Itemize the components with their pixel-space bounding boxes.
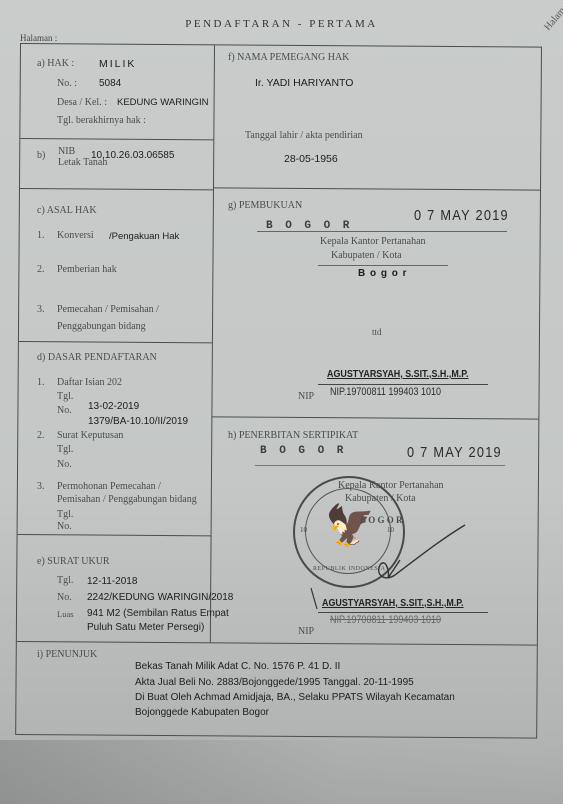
daftar-isian-tgl-value: 13-02-2019 [88,401,139,412]
penunjuk-line-1: Bekas Tanah Milik Adat C. No. 1576 P. 41… [135,661,340,672]
penunjuk-line-3: Di Buat Oleh Achmad Amidjaja, BA., Selak… [135,692,455,703]
section-g-label: g) PEMBUKUAN [228,200,302,211]
tanggal-lahir-label: Tanggal lahir / akta pendirian [245,130,363,141]
penerbitan-place-stamp: B O G O R [260,445,346,457]
asal-hak-item-3b: Penggabungan bidang [57,321,146,332]
tanggal-lahir-value: 28-05-1956 [284,153,338,165]
penerbitan-underline [255,465,505,466]
asal-hak-item-1: Konversi [57,230,94,241]
asal-hak-item-1-num: 1. [37,230,45,241]
daftar-isian-no-value: 1379/BA-10.10/II/2019 [88,416,188,427]
no-value: 5084 [99,78,121,89]
dasar-item-2-num: 2. [37,430,45,441]
desa-value: KEDUNG WARINGIN [117,97,208,108]
surat-keputusan-tgl-label: Tgl. [57,444,73,455]
paper-shadow [0,740,563,804]
halaman-label: Halaman : [20,33,57,43]
holder-name: Ir. YADI HARIYANTO [255,77,353,89]
penerbitan-nip: NIP.19700811 199403 1010 [330,614,441,626]
section-e-label: e) SURAT UKUR [37,556,110,567]
dasar-item-3-num: 3. [37,481,45,492]
luas-value: 941 M2 (Sembilan Ratus Empat [87,608,229,619]
asal-hak-item-3: Pemecahan / Pemisahan / [57,304,159,315]
permohonan-no-label: No. [57,521,72,532]
hak-value: MILIK [99,58,136,70]
section-f-label: f) NAMA PEMEGANG HAK [228,52,349,63]
row-divider-g [211,416,538,419]
daftar-isian-no-label: No. [57,405,72,416]
pembukuan-underline [257,231,507,232]
permohonan-label-2: Pemisahan / Penggabungan bidang [57,494,197,505]
permohonan-label: Permohonan Pemecahan / [57,481,161,492]
surat-ukur-no-value: 2242/KEDUNG WARINGIN/2018 [87,592,233,603]
surat-ukur-no-label: No. [57,592,72,603]
seal-number-left: 10 [300,526,307,534]
form-frame [15,43,542,739]
penerbitan-kepala: Kepala Kantor Pertanahan [338,480,444,491]
row-divider-c [19,341,212,344]
row-divider-f [213,187,540,190]
pembukuan-nip-label: NIP [298,391,314,402]
surat-keputusan-no-label: No. [57,459,72,470]
no-label: No. : [57,78,77,89]
pembukuan-city-line [318,265,448,266]
dasar-item-1-num: 1. [37,377,45,388]
penunjuk-line-4: Bojonggede Kabupaten Bogor [135,707,269,718]
luas-value-2: Puluh Satu Meter Persegi) [87,622,204,633]
daftar-isian-label: Daftar Isian 202 [57,377,122,388]
pembukuan-date-stamp: 0 7 MAY 2019 [414,207,509,224]
asal-hak-item-1-value: /Pengakuan Hak [109,231,179,242]
luas-label: Luas [57,609,74,619]
signer-bracket-left-icon [310,587,320,612]
section-c-label: c) ASAL HAK [37,205,97,216]
signature-icon [360,520,470,590]
document-title: PENDAFTARAN - PERTAMA [0,18,563,30]
tgl-berakhir-label: Tgl. berakhirnya hak : [57,115,146,126]
pembukuan-nip-line [318,384,488,385]
row-divider-a [20,138,213,141]
penerbitan-date-stamp: 0 7 MAY 2019 [407,444,502,461]
nib-label: NIB [58,146,75,157]
row-divider-b [20,188,213,191]
penerbitan-nip-line [318,612,488,613]
penerbitan-kabupaten: Kabupaten / Kota [345,493,416,504]
section-d-label: d) DASAR PENDAFTARAN [37,352,157,363]
pembukuan-kepala: Kepala Kantor Pertanahan [320,236,426,247]
row-divider-d [18,534,211,537]
surat-ukur-tgl-value: 12-11-2018 [87,576,137,587]
pembukuan-signer: AGUSTYARSYAH, S.SIT.,S.H.,M.P. [327,368,469,380]
pembukuan-nip: NIP.19700811 199403 1010 [330,386,441,398]
section-a-label: a) HAK : [37,58,74,69]
asal-hak-item-2-num: 2. [37,264,45,275]
row-divider-i [17,641,537,646]
asal-hak-item-3-num: 3. [37,304,45,315]
section-i-label: i) PENUNJUK [37,649,97,660]
desa-label: Desa / Kel. : [57,97,107,108]
surat-keputusan-label: Surat Keputusan [57,430,123,441]
letak-tanah-label: Letak Tanah [58,157,107,168]
surat-ukur-tgl-label: Tgl. [57,575,73,586]
penerbitan-signer: AGUSTYARSYAH, S.SIT.,S.H.,M.P. [322,597,464,609]
penerbitan-nip-label: NIP [298,626,314,637]
permohonan-tgl-label: Tgl. [57,509,73,520]
column-divider [210,45,215,642]
pembukuan-kabupaten: Kabupaten / Kota [331,250,402,261]
penunjuk-line-2: Akta Jual Beli No. 2883/Bojonggede/1995 … [135,677,414,688]
ttd-label: ttd [372,327,382,337]
section-h-label: h) PENERBITAN SERTIPIKAT [228,430,358,441]
pembukuan-city: B o g o r [358,268,408,279]
section-b-label: b) [37,150,45,161]
asal-hak-item-2: Pemberian hak [57,264,117,275]
daftar-isian-tgl-label: Tgl. [57,391,73,402]
